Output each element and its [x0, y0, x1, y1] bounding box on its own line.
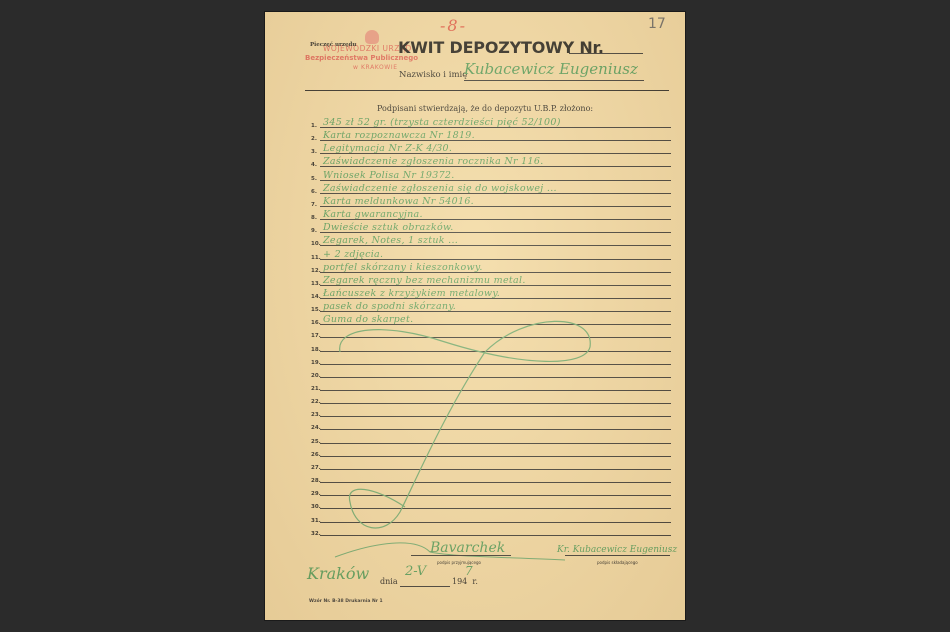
item-row: 32.	[311, 523, 671, 537]
name-value: Kubacewicz Eugeniusz	[464, 60, 638, 78]
handwritten-top-mark: -8-	[440, 16, 467, 35]
seal-label: Pieczęć urzędu	[310, 42, 356, 48]
item-row: 24.	[311, 417, 671, 431]
item-text: Zegarek ręczny bez mechanizmu metal.	[323, 275, 526, 286]
stamp-line-3: w KRAKOWIE	[353, 64, 398, 71]
page-number: 17	[648, 16, 666, 32]
item-row: 31.	[311, 510, 671, 524]
date-label: dnia	[380, 577, 398, 586]
print-footer: Wzór Nr. B-38 Drukarnia Nr 1	[309, 599, 383, 604]
receiver-signature: Bavarchek	[430, 540, 505, 556]
item-text: Łańcuszek z krzyżykiem metalowy.	[323, 288, 500, 299]
item-text: Zegarek, Notes, 1 sztuk ...	[323, 235, 458, 246]
item-row: 26.	[311, 444, 671, 458]
item-rule	[320, 535, 671, 536]
item-text: Karta gwarancyjna.	[323, 209, 423, 220]
deposit-receipt-page: 17 -8- WOJEWÓDZKI URZĄD Bezpieczeństwa P…	[265, 12, 685, 620]
item-row: 13.Zegarek ręczny bez mechanizmu metal.	[311, 273, 671, 287]
item-row: 20.	[311, 365, 671, 379]
item-row: 1.345 zł 52 gr. (trzysta czterdzieści pi…	[311, 115, 671, 129]
date-line	[400, 586, 450, 587]
item-row: 4.Zaświadczenie zgłoszenia rocznika Nr 1…	[311, 154, 671, 168]
document-title: KWIT DEPOZYTOWY Nr.	[398, 38, 604, 57]
item-row: 25.	[311, 431, 671, 445]
item-text: Zaświadczenie zgłoszenia rocznika Nr 116…	[323, 156, 544, 167]
item-row: 17.	[311, 325, 671, 339]
item-row: 3.Legitymacja Nr Z-K 4/30.	[311, 141, 671, 155]
item-row: 14.Łańcuszek z krzyżykiem metalowy.	[311, 286, 671, 300]
item-row: 10.Zegarek, Notes, 1 sztuk ...	[311, 233, 671, 247]
year-prefix: 194 r.	[452, 577, 478, 586]
title-number-line	[569, 53, 643, 54]
item-row: 5.Wniosek Polisa Nr 19372.	[311, 168, 671, 182]
item-row: 28.	[311, 470, 671, 484]
item-row: 9.Dwieście sztuk obrazków.	[311, 220, 671, 234]
item-row: 21.	[311, 378, 671, 392]
item-text: Dwieście sztuk obrazków.	[323, 222, 454, 233]
header-divider	[305, 90, 669, 91]
item-row: 22.	[311, 391, 671, 405]
item-row: 11.+ 2 zdjęcia.	[311, 247, 671, 261]
depositor-signature-label: podpis składającego	[597, 560, 638, 565]
item-row: 8.Karta gwarancyjna.	[311, 207, 671, 221]
item-row: 12.portfel skórzany i kieszonkowy.	[311, 260, 671, 274]
item-text: portfel skórzany i kieszonkowy.	[323, 262, 483, 273]
item-text: Zaświadczenie zgłoszenia się do wojskowe…	[323, 183, 557, 194]
depositor-signature: Kr. Kubacewicz Eugeniusz	[557, 545, 677, 555]
item-row: 2.Karta rozpoznawcza Nr 1819.	[311, 128, 671, 142]
item-row: 18.	[311, 339, 671, 353]
year-suffix: r.	[472, 577, 478, 586]
item-text: pasek do spodni skórzany.	[323, 301, 456, 312]
item-text: 345 zł 52 gr. (trzysta czterdzieści pięć…	[323, 117, 561, 128]
item-number: 32.	[311, 531, 321, 537]
item-row: 23.	[311, 404, 671, 418]
item-row: 6.Zaświadczenie zgłoszenia się do wojsko…	[311, 181, 671, 195]
item-row: 19.	[311, 352, 671, 366]
item-row: 7.Karta meldunkowa Nr 54016.	[311, 194, 671, 208]
item-text: Legitymacja Nr Z-K 4/30.	[323, 143, 452, 154]
date-value: 2-V	[405, 564, 426, 579]
item-row: 16.Guma do skarpet.	[311, 312, 671, 326]
year-prefix-text: 194	[452, 577, 467, 586]
item-row: 15.pasek do spodni skórzany.	[311, 299, 671, 313]
item-row: 30.	[311, 496, 671, 510]
item-text: Karta rozpoznawcza Nr 1819.	[323, 130, 475, 141]
year-value: 7	[465, 564, 473, 578]
item-text: Guma do skarpet.	[323, 314, 413, 325]
name-label: Nazwisko i imię	[399, 70, 467, 80]
name-line	[464, 80, 644, 81]
intro-statement: Podpisani stwierdzają, że do depozytu U.…	[377, 104, 593, 113]
depositor-signature-line	[565, 555, 670, 556]
item-row: 27.	[311, 457, 671, 471]
place: Kraków	[307, 564, 369, 583]
item-text: + 2 zdjęcia.	[323, 249, 383, 260]
receiver-signature-label: podpis przyjmującego	[437, 560, 481, 565]
item-text: Karta meldunkowa Nr 54016.	[323, 196, 474, 207]
eagle-emblem-icon	[365, 30, 379, 44]
item-row: 29.	[311, 483, 671, 497]
item-text: Wniosek Polisa Nr 19372.	[323, 170, 455, 181]
